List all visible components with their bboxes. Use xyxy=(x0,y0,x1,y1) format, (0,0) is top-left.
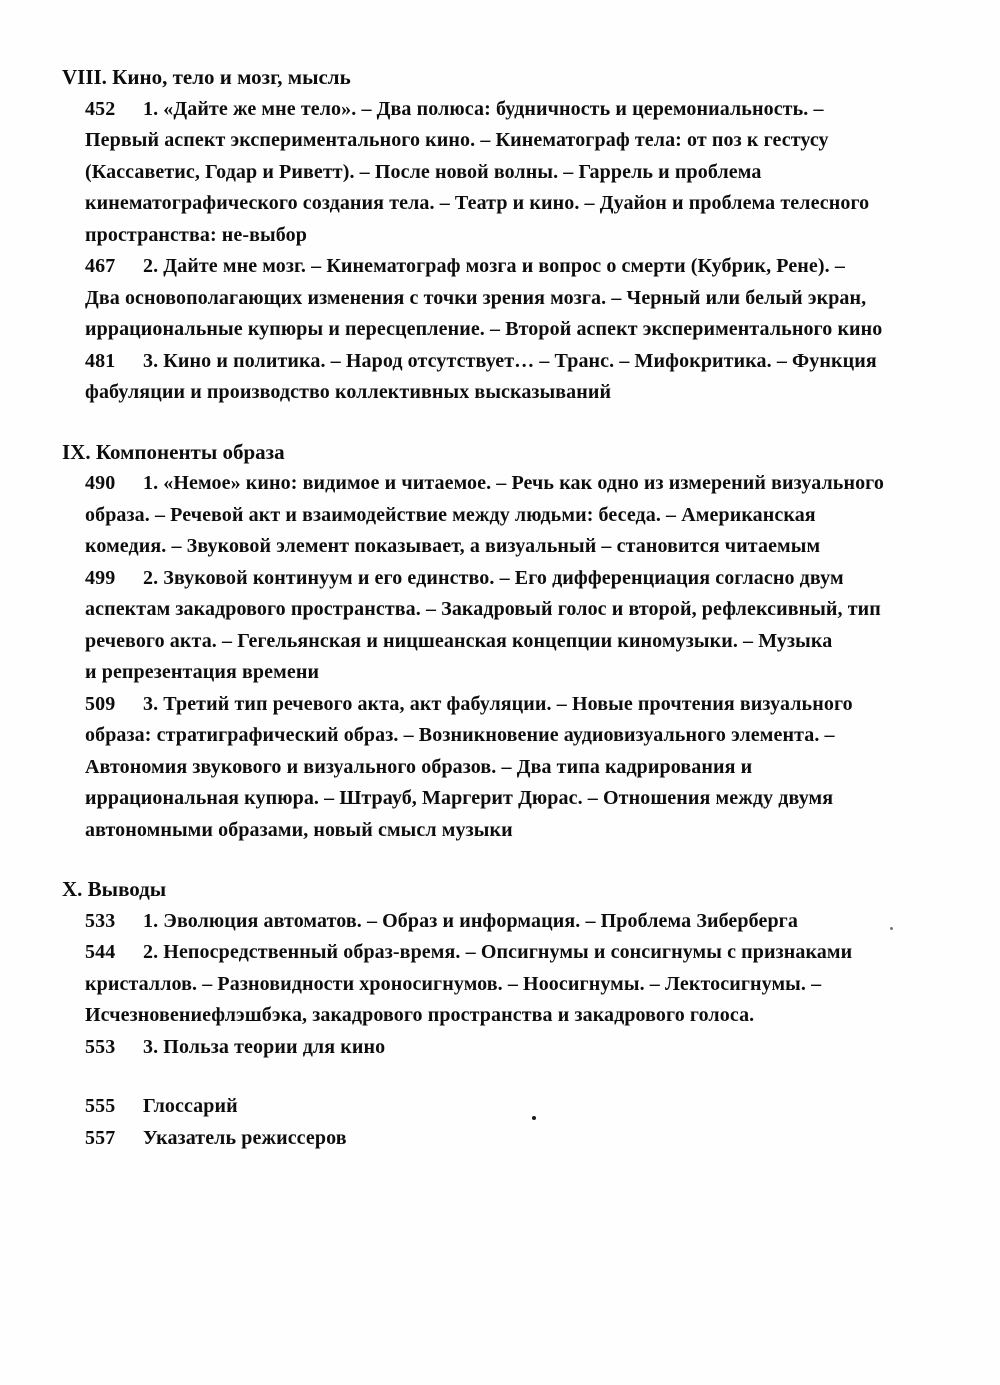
entry-text: 1. «Немое» кино: видимое и читаемое. – Р… xyxy=(143,472,884,494)
page-number: 499 xyxy=(85,563,143,595)
toc-section-ix: IX. Компоненты образа 4901. «Немое» кино… xyxy=(0,437,1000,847)
toc-entry: 4813. Кино и политика. – Народ отсутству… xyxy=(0,346,1000,409)
toc-line: кинематографического создания тела. – Те… xyxy=(85,188,1000,220)
page-number: 557 xyxy=(85,1123,143,1155)
section-heading: IX. Компоненты образа xyxy=(62,437,1000,469)
toc-line: 4901. «Немое» кино: видимое и читаемое. … xyxy=(85,468,1000,500)
toc-line: 5093. Третий тип речевого акта, акт фабу… xyxy=(85,689,1000,721)
entry-text: 3. Кино и политика. – Народ отсутствует…… xyxy=(143,350,877,372)
toc-line: Автономия звукового и визуального образо… xyxy=(85,752,1000,784)
toc-entry: 4521. «Дайте же мне тело». – Два полюса:… xyxy=(0,94,1000,252)
entry-text: 2. Дайте мне мозг. – Кинематограф мозга … xyxy=(143,255,845,277)
toc-line: 4992. Звуковой континуум и его единство.… xyxy=(85,563,1000,595)
page-number: 490 xyxy=(85,468,143,500)
toc-line: комедия. – Звуковой элемент показывает, … xyxy=(85,531,1000,563)
toc-line: образа: стратиграфический образ. – Возни… xyxy=(85,720,1000,752)
toc-entry: 4672. Дайте мне мозг. – Кинематограф моз… xyxy=(0,251,1000,346)
entry-text: 3. Польза теории для кино xyxy=(143,1036,385,1058)
entry-text: 1. Эволюция автоматов. – Образ и информа… xyxy=(143,910,798,932)
page-number: 555 xyxy=(85,1091,143,1123)
entry-text: 1. «Дайте же мне тело». – Два полюса: бу… xyxy=(143,98,824,120)
page-number: 533 xyxy=(85,906,143,938)
toc-line: (Кассаветис, Годар и Риветт). – После но… xyxy=(85,157,1000,189)
entry-text: 2. Звуковой континуум и его единство. – … xyxy=(143,567,844,589)
toc-line: Два основополагающих изменения с точки з… xyxy=(85,283,1000,315)
toc-entry: 5093. Третий тип речевого акта, акт фабу… xyxy=(0,689,1000,847)
back-matter-title: Глоссарий xyxy=(143,1095,238,1117)
page-number: 544 xyxy=(85,937,143,969)
toc-line: Первый аспект экспериментального кино. –… xyxy=(85,125,1000,157)
back-matter-row: 557Указатель режиссеров xyxy=(85,1123,1000,1155)
toc-entry: 5331. Эволюция автоматов. – Образ и инфо… xyxy=(0,906,1000,938)
entry-text: 2. Непосредственный образ-время. – Опсиг… xyxy=(143,941,852,963)
toc-line: речевого акта. – Гегельянская и ницшеанс… xyxy=(85,626,1000,658)
page-number: 467 xyxy=(85,251,143,283)
toc-entry: 5533. Польза теории для кино xyxy=(0,1032,1000,1064)
toc-line: 5442. Непосредственный образ-время. – Оп… xyxy=(85,937,1000,969)
toc-line: 4672. Дайте мне мозг. – Кинематограф моз… xyxy=(85,251,1000,283)
page-number: 452 xyxy=(85,94,143,126)
toc-line: 4813. Кино и политика. – Народ отсутству… xyxy=(85,346,1000,378)
toc-line: образа. – Речевой акт и взаимодействие м… xyxy=(85,500,1000,532)
toc-line: кристаллов. – Разновидности хроносигнумо… xyxy=(85,969,1000,1001)
scanned-toc-page: VIII. Кино, тело и мозг, мысль 4521. «Да… xyxy=(0,0,1000,1385)
toc-line: иррациональная купюра. – Штрауб, Маргери… xyxy=(85,783,1000,815)
page-number: 509 xyxy=(85,689,143,721)
section-heading: VIII. Кино, тело и мозг, мысль xyxy=(62,62,1000,94)
toc-line: иррациональные купюры и пересцепление. –… xyxy=(85,314,1000,346)
back-matter-title: Указатель режиссеров xyxy=(143,1127,347,1149)
toc-entry: 5442. Непосредственный образ-время. – Оп… xyxy=(0,937,1000,1032)
toc-entry: 4992. Звуковой континуум и его единство.… xyxy=(0,563,1000,689)
page-number: 481 xyxy=(85,346,143,378)
toc-line: автономными образами, новый смысл музыки xyxy=(85,815,1000,847)
toc-line: фабуляции и производство коллективных вы… xyxy=(85,377,1000,409)
toc-line: аспектам закадрового пространства. – Зак… xyxy=(85,594,1000,626)
toc-section-x: X. Выводы 5331. Эволюция автоматов. – Об… xyxy=(0,874,1000,1063)
scan-speck xyxy=(890,927,893,930)
toc-line: 4521. «Дайте же мне тело». – Два полюса:… xyxy=(85,94,1000,126)
entry-text: 3. Третий тип речевого акта, акт фабуляц… xyxy=(143,693,853,715)
section-heading: X. Выводы xyxy=(62,874,1000,906)
back-matter-row: 555Глоссарий xyxy=(85,1091,1000,1123)
toc-line: и репрезентация времени xyxy=(85,657,1000,689)
scan-speck xyxy=(532,1116,536,1120)
toc-line: 5331. Эволюция автоматов. – Образ и инфо… xyxy=(85,906,1000,938)
toc-section-viii: VIII. Кино, тело и мозг, мысль 4521. «Да… xyxy=(0,62,1000,409)
back-matter: 555Глоссарий 557Указатель режиссеров xyxy=(0,1091,1000,1154)
page-number: 553 xyxy=(85,1032,143,1064)
toc-line: 5533. Польза теории для кино xyxy=(85,1032,1000,1064)
toc-line: Исчезновениефлэшбэка, закадрового простр… xyxy=(85,1000,1000,1032)
toc-entry: 4901. «Немое» кино: видимое и читаемое. … xyxy=(0,468,1000,563)
toc-line: пространства: не-выбор xyxy=(85,220,1000,252)
